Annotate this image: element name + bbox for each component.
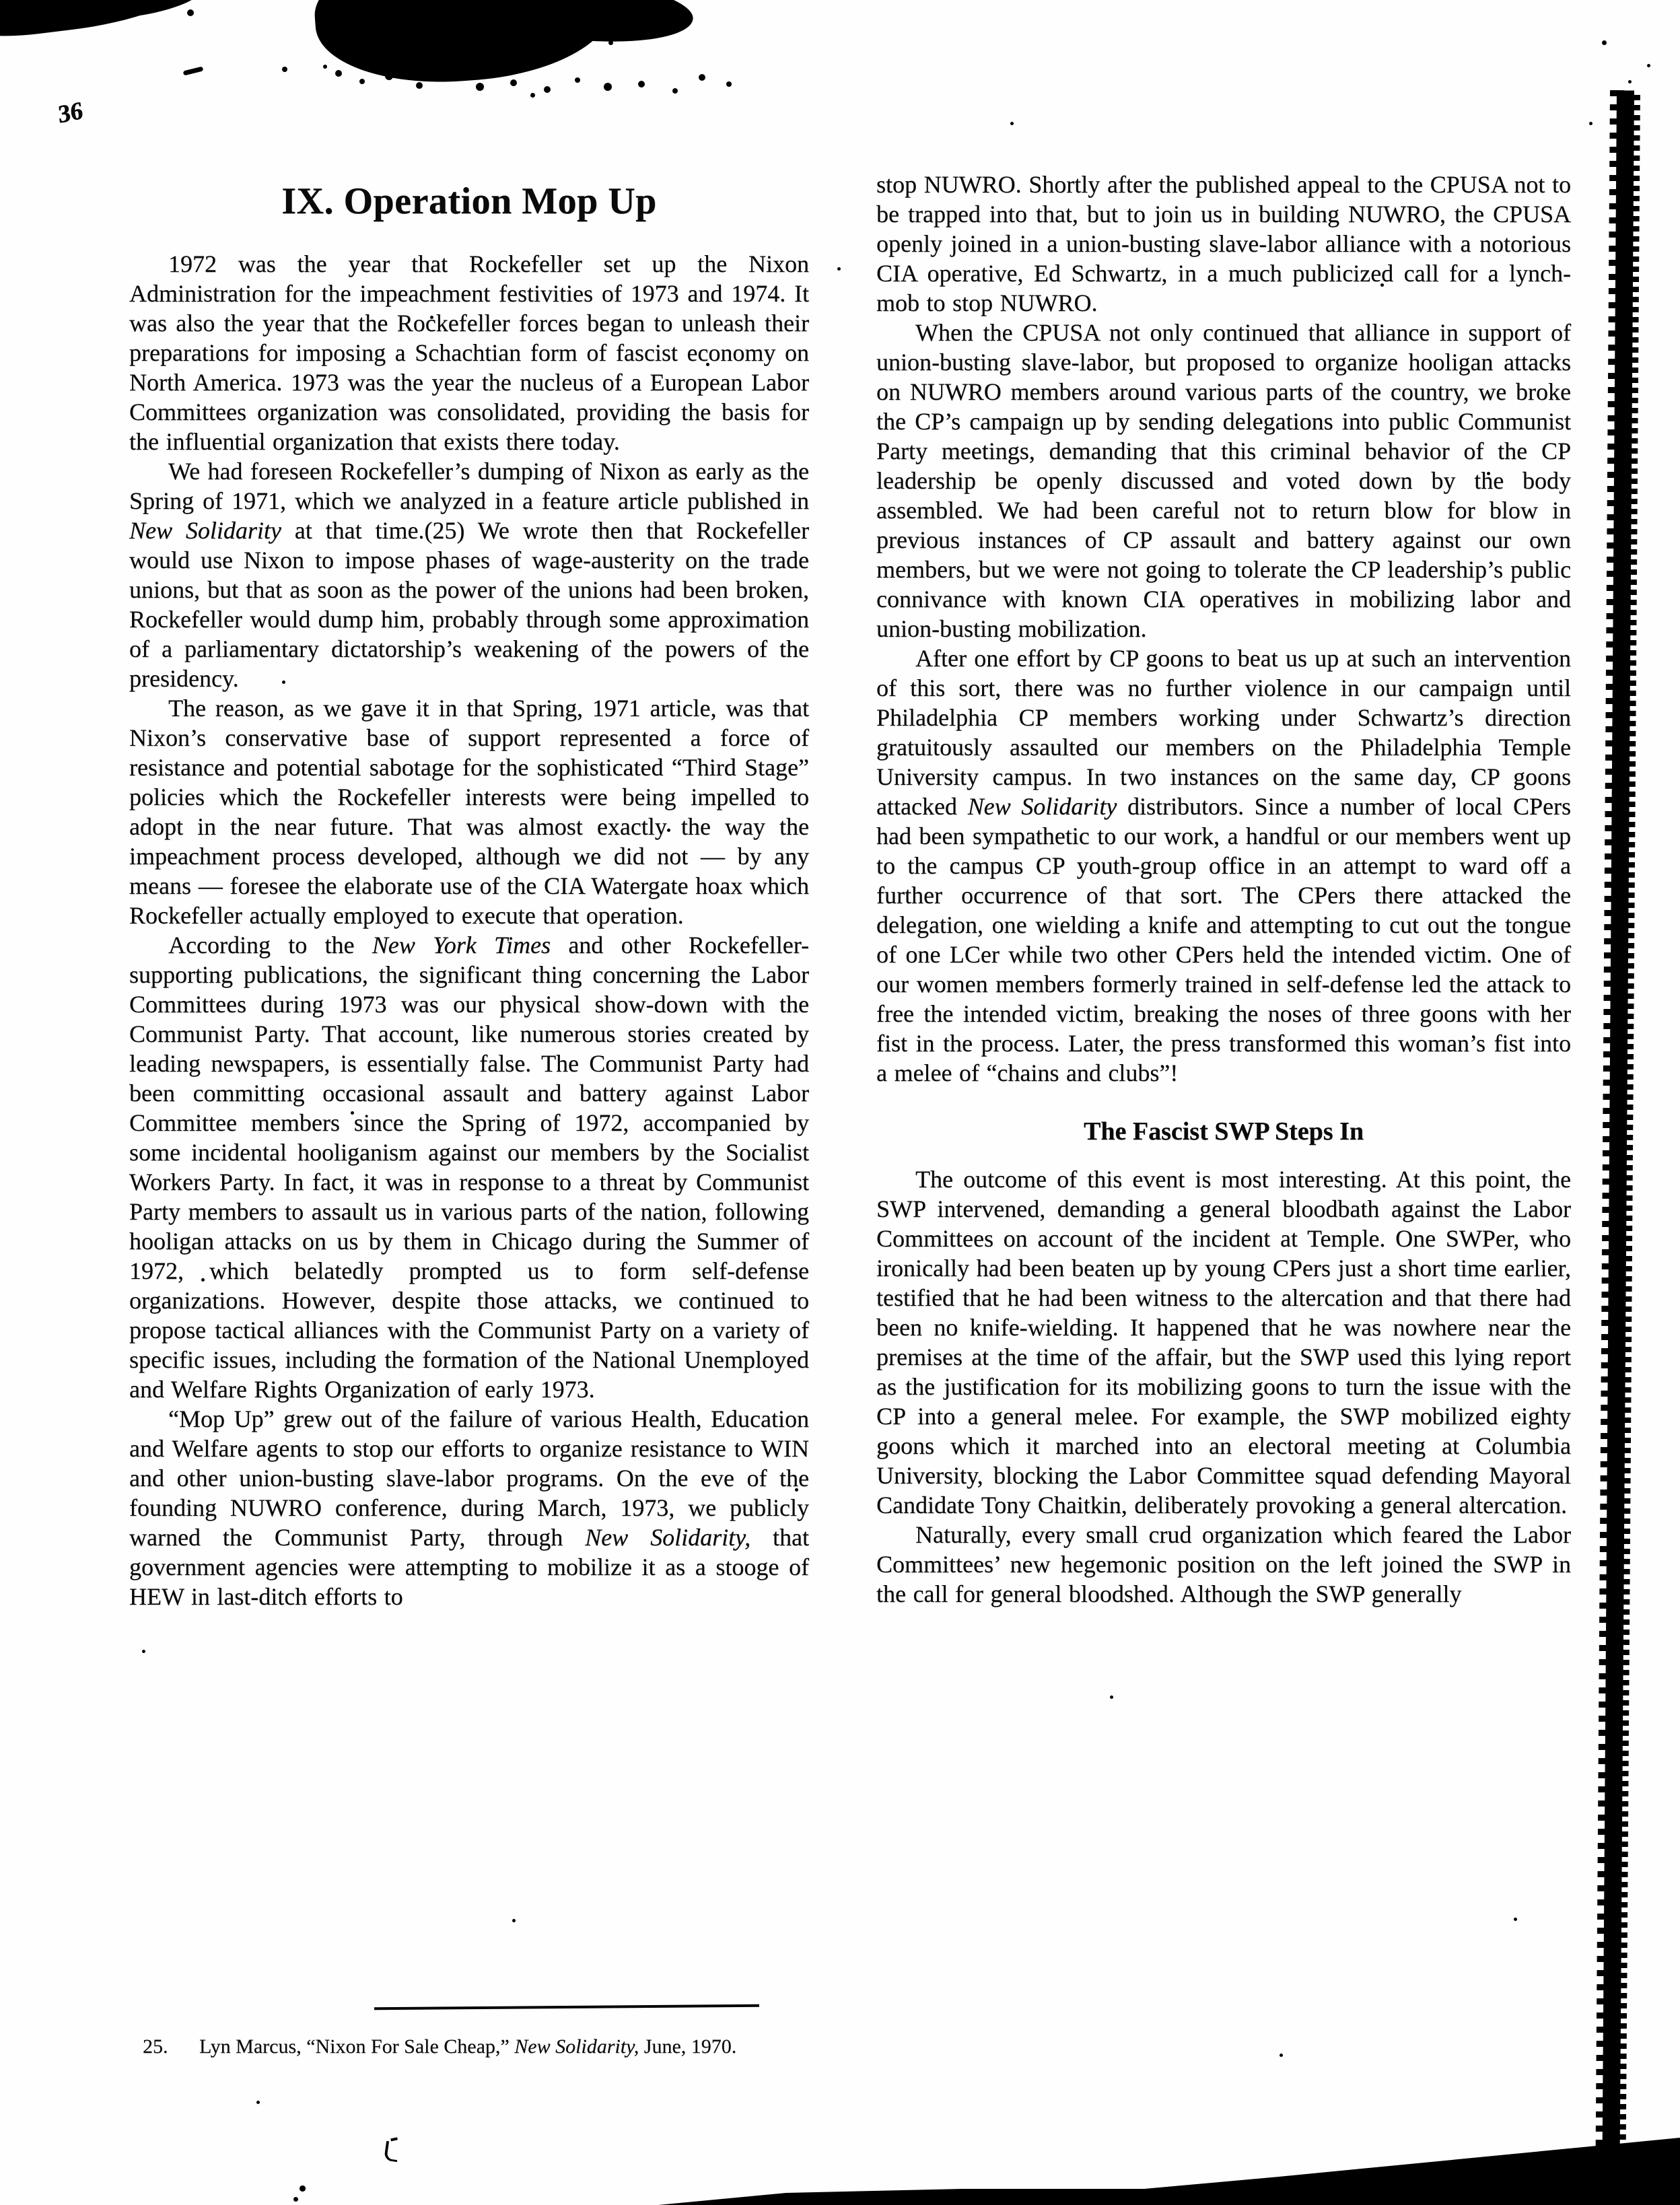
page-number: 36 [57, 96, 83, 129]
scan-dash-mark [183, 66, 204, 75]
paragraph: When the CPUSA not only continued that a… [876, 318, 1571, 643]
italic-publication-name: New Solidarity [968, 793, 1117, 820]
footnote-number: 25. [143, 2034, 199, 2060]
paragraph: “Mop Up” grew out of the failure of vari… [129, 1404, 809, 1611]
paragraph: 1972 was the year that Rockefeller set u… [129, 249, 809, 456]
text-run: distributors. Since a number of local CP… [876, 793, 1571, 1086]
scan-right-edge-streak [1602, 90, 1634, 2205]
italic-publication-name: New York Times [372, 932, 551, 958]
paragraph: We had foreseen Rockefeller’s dumping of… [129, 456, 809, 693]
right-column: stop NUWRO. Shortly after the published … [876, 170, 1571, 1609]
left-column-body: 1972 was the year that Rockefeller set u… [129, 249, 809, 1611]
footnote: 25. Lyn Marcus, “Nixon For Sale Cheap,” … [143, 2034, 823, 2060]
paragraph: After one effort by CP goons to beat us … [876, 643, 1571, 1088]
paragraph: stop NUWRO. Shortly after the published … [876, 170, 1571, 318]
text-run: According to the [168, 932, 372, 958]
paragraph: Naturally, every small crud organization… [876, 1520, 1571, 1609]
right-column-body: stop NUWRO. Shortly after the published … [876, 170, 1571, 1609]
paragraph: The outcome of this event is most intere… [876, 1164, 1571, 1520]
footnote-separator [374, 2004, 759, 2010]
footnote-text: Lyn Marcus, “Nixon For Sale Cheap,” New … [199, 2034, 736, 2060]
section-heading: The Fascist SWP Steps In [876, 1116, 1571, 1147]
scan-ink-squiggle [384, 2141, 400, 2163]
text-run: The outcome of this event is most intere… [876, 1166, 1571, 1518]
text-run: June, 1970. [639, 2035, 736, 2058]
scan-noise-specks [0, 0, 2, 2]
text-run: stop NUWRO. Shortly after the published … [876, 171, 1571, 316]
paragraph: The reason, as we gave it in that Spring… [129, 693, 809, 930]
italic-publication-name: New Solidarity, [514, 2035, 639, 2058]
scan-smudge-fringe [323, 65, 327, 69]
scanned-page: 36 IX. Operation Mop Up 1972 was the yea… [0, 0, 1680, 2205]
text-run: When the CPUSA not only continued that a… [876, 319, 1571, 642]
chapter-title: IX. Operation Mop Up [129, 180, 809, 222]
text-run: and other Rockefeller-supporting publica… [129, 932, 809, 1403]
text-run: 1972 was the year that Rockefeller set u… [129, 250, 809, 455]
italic-publication-name: New Solidarity, [585, 1524, 750, 1551]
italic-publication-name: New Solidarity [129, 517, 281, 544]
text-run: The reason, as we gave it in that Spring… [129, 695, 809, 929]
left-column: IX. Operation Mop Up 1972 was the year t… [129, 180, 809, 1611]
text-run: We had foreseen Rockefeller’s dumping of… [129, 458, 809, 514]
text-run: Lyn Marcus, “Nixon For Sale Cheap,” [199, 2035, 514, 2058]
text-run: Naturally, every small crud organization… [876, 1521, 1571, 1607]
paragraph: According to the New York Times and othe… [129, 930, 809, 1404]
